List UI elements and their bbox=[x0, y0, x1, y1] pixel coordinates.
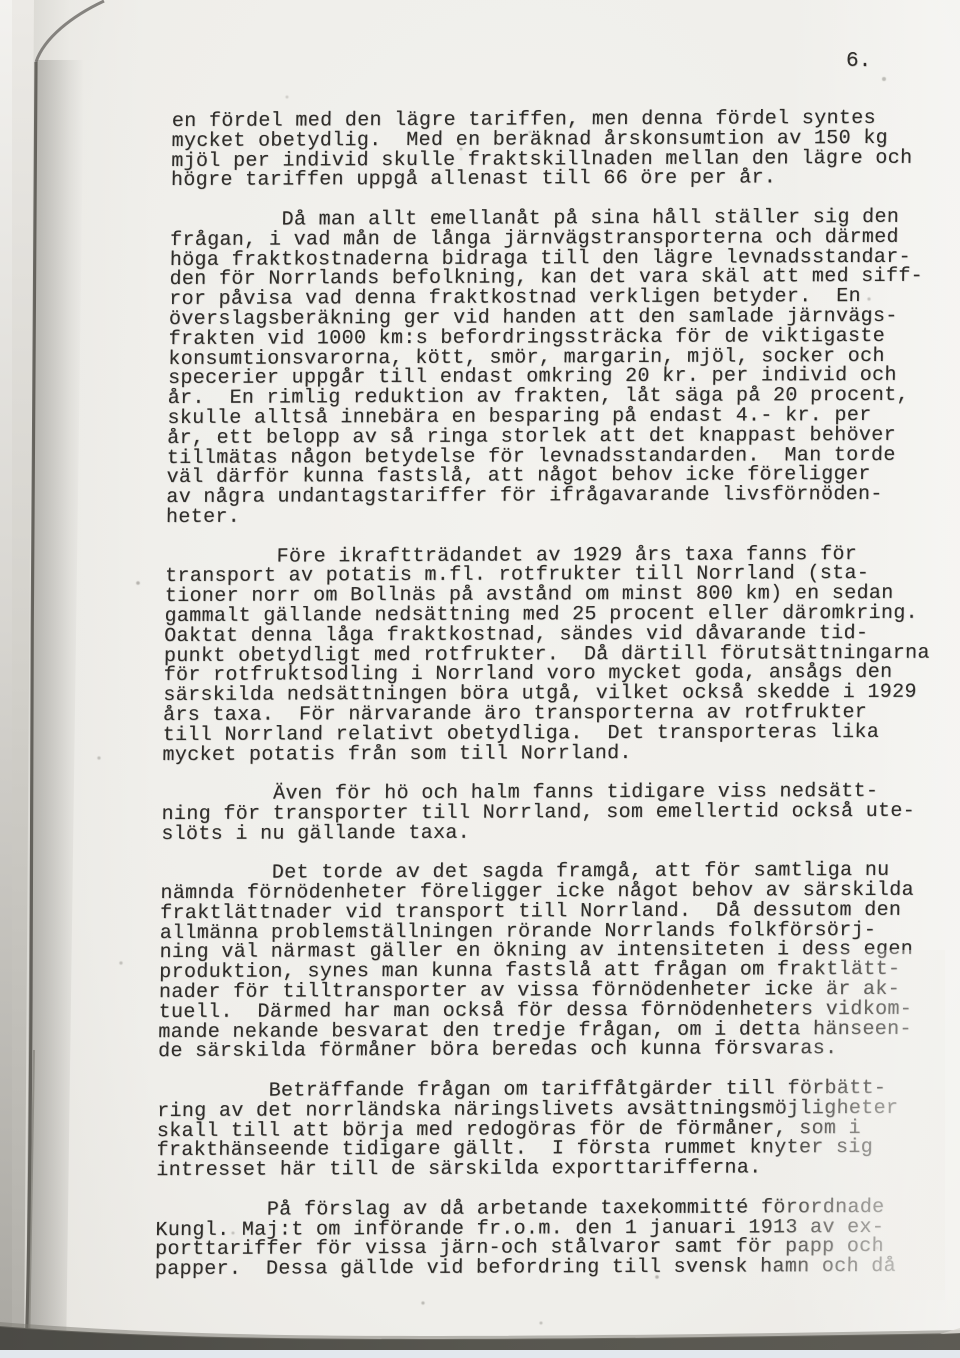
scanner-bed-strip bbox=[0, 1350, 960, 1358]
bottom-band-soft-top bbox=[0, 1322, 960, 1340]
scan-speckles bbox=[0, 0, 2, 2]
text-line: högre tariffen uppgå allenast till 66 ör… bbox=[171, 168, 937, 191]
text-line: de särskilda förmåner böra beredas och k… bbox=[158, 1039, 924, 1062]
page-number: 6. bbox=[846, 50, 871, 73]
text-line: mycket potatis från som till Norrland. bbox=[162, 742, 928, 765]
paragraph: Det torde av det sagda framgå, att för s… bbox=[158, 861, 927, 1062]
paragraph: Även för hö och halm fanns tidigare viss… bbox=[161, 782, 928, 845]
text-line: ning för transporter till Norrland, som … bbox=[161, 802, 927, 825]
binding-line-secondary bbox=[29, 1050, 34, 1352]
document-page: 6. en fördel med den lägre tariffen, men… bbox=[0, 0, 960, 1358]
text-line: intresset här till de särskilda exportta… bbox=[156, 1158, 922, 1181]
scan-left-outer-strip bbox=[0, 0, 12, 1358]
paragraph: Beträffande frågan om tariffåtgärder til… bbox=[156, 1079, 923, 1181]
bottom-right-page-notch bbox=[940, 1328, 960, 1334]
paragraph: På förslag av då arbetande taxekommitté … bbox=[155, 1198, 922, 1281]
paragraph: en fördel med den lägre tariffen, men de… bbox=[171, 109, 938, 192]
binding-line bbox=[26, 62, 36, 1352]
text-line: slöts i nu gällande taxa. bbox=[161, 821, 927, 844]
binding-line-shadow bbox=[26, 60, 84, 1358]
paragraph: Före ikraftträdandet av 1929 års taxa fa… bbox=[162, 544, 931, 765]
page-corner-curve bbox=[36, 1, 104, 62]
text-line: papper. Dessa gällde vid befordring till… bbox=[155, 1257, 921, 1280]
scan-left-inner-strip bbox=[12, 0, 34, 1358]
bottom-page-edge-band bbox=[0, 1326, 960, 1352]
text-line: av några undantagstariffer för ifrågavar… bbox=[166, 485, 932, 508]
text-block: en fördel med den lägre tariffen, men de… bbox=[155, 109, 938, 1280]
paragraph: Då man allt emellanåt på sina håll ställ… bbox=[166, 208, 937, 528]
